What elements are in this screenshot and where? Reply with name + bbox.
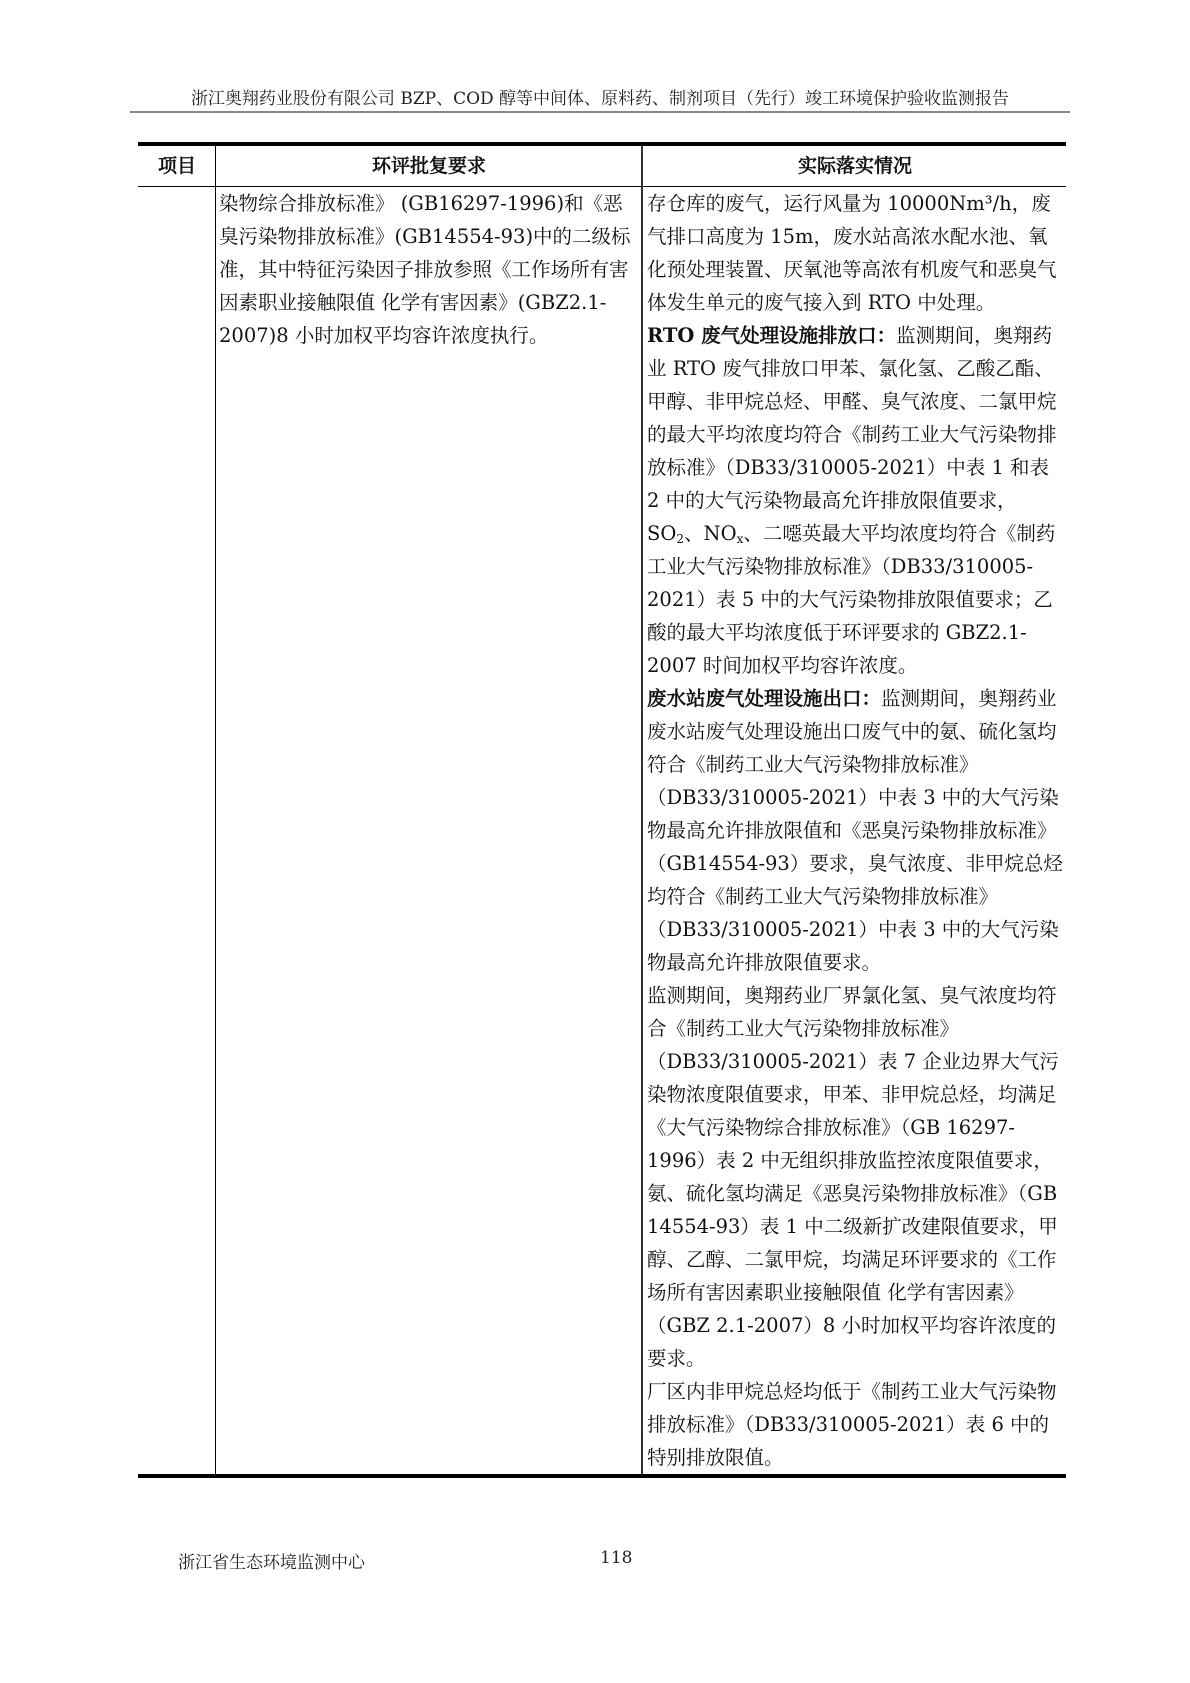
page-number: 118 <box>600 1548 632 1568</box>
rto-text-a: 监测期间，奥翔药业 RTO 废气排放口甲苯、氯化氢、乙酸乙酯、甲醇、非甲烷总烃、… <box>647 324 1057 545</box>
table-header-row: 项目 环评批复要求 实际落实情况 <box>138 144 1066 187</box>
actual-cell: 存仓库的废气，运行风量为 10000Nm³/h，废气排口高度为 15m，废水站高… <box>642 187 1066 1477</box>
requirement-cell: 染物综合排放标准》 (GB16297-1996)和《恶臭污染物排放标准》(GB1… <box>216 187 643 1477</box>
wastewater-text: 监测期间，奥翔药业废水站废气处理设施出口废气中的氨、硫化氢均符合《制药工业大气污… <box>647 687 1063 974</box>
item-cell <box>138 187 216 1477</box>
actual-paragraph-plant: 厂区内非甲烷总烃均低于《制药工业大气污染物排放标准》（DB33/310005-2… <box>647 1375 1064 1474</box>
footer-organization: 浙江省生态环境监测中心 <box>178 1548 365 1573</box>
so2-subscript: 2 <box>676 532 684 546</box>
header-item: 项目 <box>138 144 216 187</box>
table-row: 染物综合排放标准》 (GB16297-1996)和《恶臭污染物排放标准》(GB1… <box>138 187 1066 1477</box>
rto-text-c: 、二噁英最大平均浓度均符合《制药工业大气污染物排放标准》（DB33/310005… <box>647 522 1055 677</box>
actual-paragraph-rto: RTO 废气处理设施排放口：监测期间，奥翔药业 RTO 废气排放口甲苯、氯化氢、… <box>647 319 1064 682</box>
wastewater-outlet-heading: 废水站废气处理设施出口： <box>647 687 881 710</box>
actual-paragraph-1: 存仓库的废气，运行风量为 10000Nm³/h，废气排口高度为 15m，废水站高… <box>647 187 1064 319</box>
header-rule <box>130 111 1070 113</box>
actual-paragraph-boundary: 监测期间，奥翔药业厂界氯化氢、臭气浓度均符合《制药工业大气污染物排放标准》（DB… <box>647 979 1064 1375</box>
compliance-table: 项目 环评批复要求 实际落实情况 染物综合排放标准》 (GB16297-1996… <box>138 142 1058 1478</box>
rto-outlet-heading: RTO 废气处理设施排放口： <box>647 324 896 347</box>
rto-text-b: 、NO <box>684 522 737 545</box>
actual-paragraph-wastewater: 废水站废气处理设施出口：监测期间，奥翔药业废水站废气处理设施出口废气中的氨、硫化… <box>647 682 1064 979</box>
header-requirement: 环评批复要求 <box>216 144 643 187</box>
header-actual: 实际落实情况 <box>642 144 1066 187</box>
running-header: 浙江奥翔药业股份有限公司 BZP、COD 醇等中间体、原料药、制剂项目（先行）竣… <box>130 84 1070 109</box>
